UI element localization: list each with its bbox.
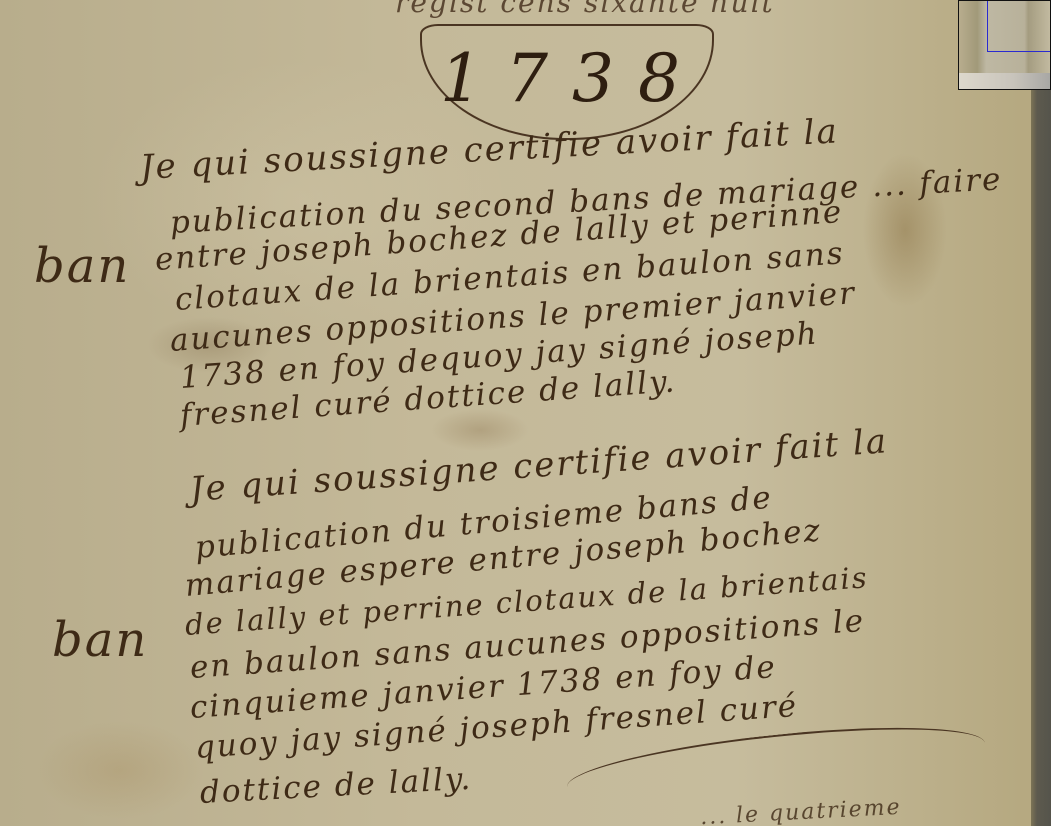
entry-2-line-8: dottice de lally. [199,761,473,811]
margin-label-1: ban [34,238,130,294]
year-heading: 1738 [440,40,704,117]
entry-2-line-1: Je qui soussigne certifie avoir fait la [189,421,890,510]
thumbnail-viewport-box[interactable] [987,0,1051,52]
book-binding [1031,90,1051,826]
page-thumbnail-navigator[interactable] [958,0,1051,90]
thumbnail-strip [959,73,1050,90]
margin-label-2: ban [52,612,148,668]
manuscript-page: regist cens sixante huit 1738 ban Je qui… [0,0,1051,826]
next-entry-partial: ... le quatrieme [699,795,902,826]
header-scrawl: regist cens sixante huit [395,0,775,19]
